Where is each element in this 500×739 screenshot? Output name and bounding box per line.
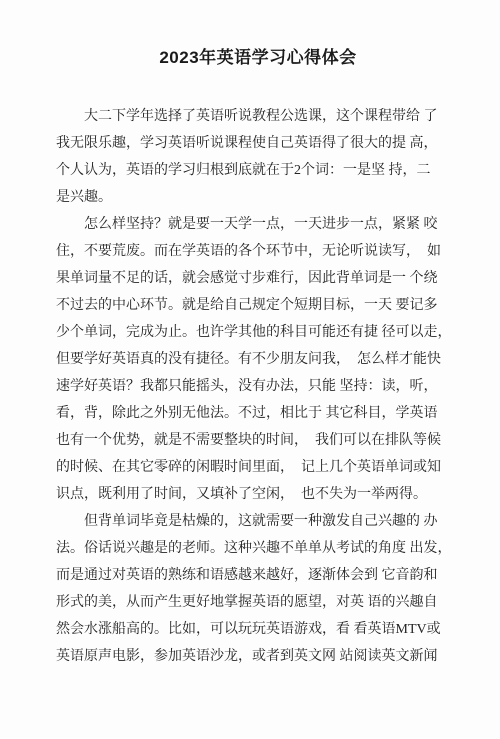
document-body: 大二下学年选择了英语听说教程公选课，这个课程带给 了 我无限乐趣，学习英语听说课… (56, 103, 460, 670)
paragraph-interest: 但背单词毕竟是枯燥的，这就需要一种激发自己兴趣的 办 法。俗话说兴趣是的老师。这… (56, 508, 460, 670)
paragraph-intro: 大二下学年选择了英语听说教程公选课，这个课程带给 了 我无限乐趣，学习英语听说课… (56, 103, 460, 211)
document-page: 2023年英语学习心得体会 大二下学年选择了英语听说教程公选课，这个课程带给 了… (0, 0, 500, 739)
document-title: 2023年英语学习心得体会 (56, 45, 460, 71)
paragraph-persistence: 怎么样坚持？就是要一天学一点，一天进步一点，紧紧 咬 住，不要荒废。而在学英语的… (56, 211, 460, 508)
